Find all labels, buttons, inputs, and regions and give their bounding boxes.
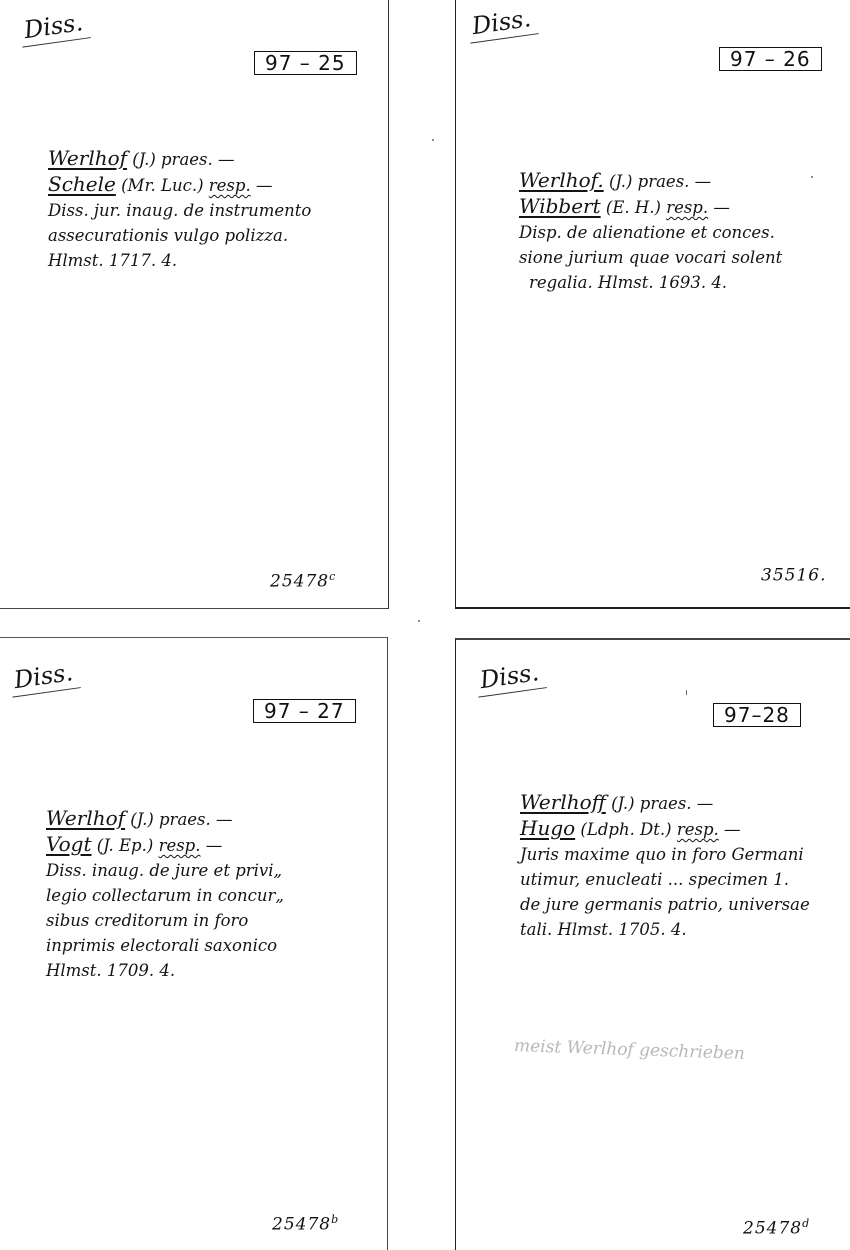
title-line: utimur, enucleati ... specimen 1. [520,867,810,892]
accession-number: 25478b [272,1213,339,1235]
accession-digits: 25478 [270,572,329,592]
title-line: Diss. jur. inaug. de instrumento [48,198,311,223]
respondent-line: Hugo (Ldph. Dt.) resp. — [520,816,810,842]
respondent-dash: — [724,820,741,839]
ink-speck [811,176,813,178]
title-line: Hlmst. 1717. 4. [48,248,311,273]
title-line: sione jurium quae vocari solent [519,245,782,270]
card-corner-label: Diss. [8,657,81,697]
accession-digits: 35516. [761,566,826,586]
praeses-initials: (J.) [132,150,155,169]
title-line: sibus creditorum in foro [46,908,284,933]
title-line: Hlmst. 1709. 4. [46,958,284,983]
accession-digits: 25478 [743,1219,802,1239]
respondent-name: Vogt [46,832,92,856]
accession-digits: 25478 [272,1215,331,1235]
respondent-line: Schele (Mr. Luc.) resp. — [48,172,311,198]
praeses-line: Werlhoff (J.) praes. — [520,790,810,816]
praeses-line: Werlhof. (J.) praes. — [519,168,782,194]
respondent-initials: (J. Ep.) [97,836,154,855]
respondent-role: resp. [677,820,719,839]
praeses-name: Werlhof [48,146,127,170]
title-line: Diss. inaug. de jure et privi„ [46,858,284,883]
ink-speck [686,690,687,695]
shelfmark-box: 97–28 [713,703,801,727]
praeses-initials: (J.) [611,794,634,813]
title-line: tali. Hlmst. 1705. 4. [520,917,810,942]
title-line: assecurationis vulgo polizza. [48,223,311,248]
praeses-initials: (J.) [609,172,632,191]
shelfmark-box: 97 – 26 [719,47,822,71]
respondent-line: Wibbert (E. H.) resp. — [519,194,782,220]
catalog-card-97-26: Diss. 97 – 26 Werlhof. (J.) praes. — Wib… [455,0,850,609]
card-corner-label: Diss. [474,657,547,697]
praeses-role: praes. — [161,150,235,169]
praeses-name: Werlhoff [520,790,606,814]
card-corner-label: Diss. [18,7,91,47]
catalog-entry: Werlhoff (J.) praes. — Hugo (Ldph. Dt.) … [520,790,810,942]
catalog-card-97-25: Diss. 97 – 25 Werlhof (J.) praes. — Sche… [0,0,389,609]
respondent-initials: (Mr. Luc.) [121,176,203,195]
respondent-initials: (E. H.) [606,198,661,217]
title-line: legio collectarum in concur„ [46,883,284,908]
ink-speck [418,620,420,622]
praeses-role: praes. — [638,172,712,191]
respondent-dash: — [206,836,223,855]
title-line: regalia. Hlmst. 1693. 4. [519,270,782,295]
card-corner-label: Diss. [466,3,539,43]
pencil-annotation: meist Werlhof geschrieben [514,1036,745,1064]
respondent-initials: (Ldph. Dt.) [580,820,671,839]
respondent-name: Hugo [520,816,575,840]
catalog-entry: Werlhof (J.) praes. — Schele (Mr. Luc.) … [48,146,311,273]
respondent-name: Schele [48,172,116,196]
accession-suffix: d [802,1217,810,1230]
praeses-line: Werlhof (J.) praes. — [48,146,311,172]
praeses-name: Werlhof. [519,168,604,192]
praeses-line: Werlhof (J.) praes. — [46,806,284,832]
accession-number: 25478d [743,1217,810,1239]
title-line: Disp. de alienatione et conces. [519,220,782,245]
praeses-role: praes. — [640,794,714,813]
respondent-dash: — [713,198,730,217]
title-line: de jure germanis patrio, universae [520,892,810,917]
catalog-card-97-27: Diss. 97 – 27 Werlhof (J.) praes. — Vogt… [0,637,388,1250]
respondent-name: Wibbert [519,194,601,218]
accession-suffix: c [329,570,336,583]
respondent-role: resp. [666,198,708,217]
respondent-role: resp. [159,836,201,855]
catalog-card-97-28: Diss. 97–28 Werlhoff (J.) praes. — Hugo … [455,638,850,1250]
catalog-entry: Werlhof (J.) praes. — Vogt (J. Ep.) resp… [46,806,284,983]
catalog-entry: Werlhof. (J.) praes. — Wibbert (E. H.) r… [519,168,782,295]
title-line: Juris maxime quo in foro Germani [520,842,810,867]
accession-number: 25478c [270,570,336,592]
shelfmark-box: 97 – 25 [254,51,357,75]
respondent-role: resp. [209,176,251,195]
ink-speck [432,139,434,141]
accession-number: 35516. [761,564,826,586]
praeses-role: praes. — [159,810,233,829]
praeses-initials: (J.) [130,810,153,829]
respondent-dash: — [256,176,273,195]
accession-suffix: b [331,1213,339,1226]
praeses-name: Werlhof [46,806,125,830]
respondent-line: Vogt (J. Ep.) resp. — [46,832,284,858]
shelfmark-box: 97 – 27 [253,699,356,723]
title-line: inprimis electorali saxonico [46,933,284,958]
